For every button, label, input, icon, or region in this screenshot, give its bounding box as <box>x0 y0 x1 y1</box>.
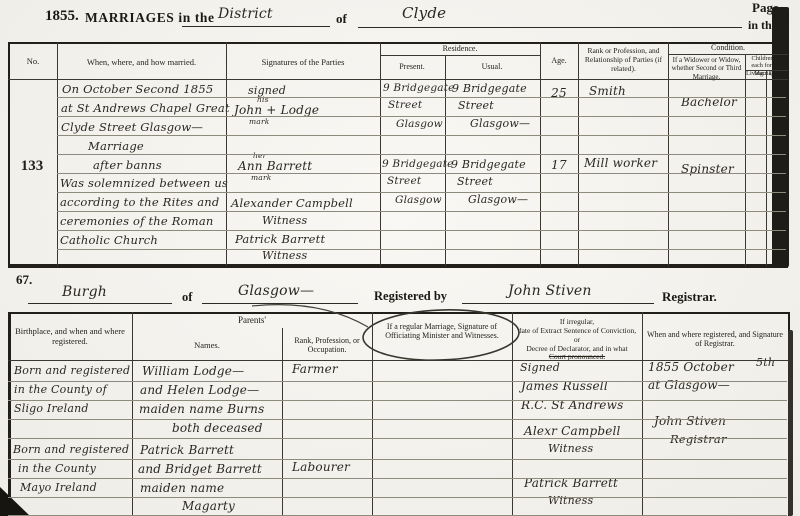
table-rule-line <box>380 55 540 56</box>
bride-birthplace-1: Born and registered <box>13 443 129 456</box>
bride-parents-3: maiden name <box>140 481 224 495</box>
registration-registrar-label: Registrar <box>670 432 727 446</box>
year-label: 1855. <box>45 8 79 25</box>
bottom-of-label: of <box>182 290 192 305</box>
groom-present-2: Street <box>388 99 422 111</box>
table-rule-line <box>57 230 786 231</box>
table-rule-line <box>57 173 786 174</box>
table-rule-line <box>8 478 787 479</box>
bride-usual-1: 9 Bridgegate <box>451 158 526 171</box>
table-rule-line <box>132 312 133 516</box>
table-rule-line <box>668 54 788 55</box>
witness1-label: Witness <box>262 214 307 227</box>
bride-parents-4: Magarty <box>182 499 235 513</box>
witness2-signature: Patrick Barrett <box>235 232 325 246</box>
table-rule-line <box>57 211 786 212</box>
col-header-parents: Parents' <box>132 315 372 326</box>
col-header-present: Present. <box>381 62 443 71</box>
groom-rank: Smith <box>589 84 626 98</box>
place-underline <box>202 287 358 304</box>
col-header-widower: If a Widower or Widow, whether Second or… <box>669 56 744 81</box>
scan-edge-shadow-top <box>772 7 789 267</box>
col-header-irregular-marriage: If irregular, date of Extract Sentence o… <box>515 318 639 362</box>
col-header-condition: Condition. <box>670 43 786 52</box>
irregular-line-2: date of Extract Sentence of Conviction, … <box>515 327 639 345</box>
of-label: of <box>336 11 347 27</box>
table-rule-line <box>57 192 786 193</box>
groom-parents-4: both deceased <box>172 421 263 435</box>
groom-parents-2: and Helen Lodge— <box>140 383 259 397</box>
table-rule-line <box>8 381 787 382</box>
officiant-witness2-label: Witness <box>548 494 593 507</box>
officiant-witness1-label: Witness <box>548 442 593 455</box>
marriage-register-scan: 1855. MARRIAGES in the District of Clyde… <box>0 0 800 516</box>
table-rule-line <box>282 328 283 516</box>
bride-mark-label: mark <box>251 173 272 182</box>
bride-birthplace-2: in the County <box>18 462 96 475</box>
registered-by-label: Registered by <box>374 289 447 304</box>
groom-birthplace-2: in the County of <box>14 383 107 396</box>
groom-parents-1: William Lodge— <box>142 364 244 378</box>
when-line-3: Clyde Street Glasgow— <box>61 120 203 134</box>
col-header-regular-marriage: If a regular Marriage, Signature of Offi… <box>378 322 506 341</box>
table-rule-line <box>57 135 786 136</box>
when-line-1: On October Second 1855 <box>62 82 213 96</box>
bride-birthplace-3: Mayo Ireland <box>20 481 97 494</box>
table-rule-line <box>8 360 788 361</box>
table-rule-line <box>745 70 788 71</box>
officiant-signed: Signed <box>520 361 560 374</box>
table-rule-line <box>766 70 767 266</box>
col-header-when-registered: When and where registered, and Signature… <box>646 330 784 349</box>
registration-registrar: John Stiven <box>654 414 726 428</box>
table-rule-line <box>8 438 787 439</box>
when-line-9: Catholic Church <box>60 233 158 247</box>
bride-usual-3: Glasgow— <box>468 193 528 206</box>
groom-mark-label: mark <box>249 117 270 126</box>
table-rule-line <box>8 497 787 498</box>
groom-signature: John + Lodge <box>234 103 319 117</box>
when-line-7: according to the Rites and <box>60 195 219 209</box>
district-name-underline <box>358 10 742 28</box>
col-header-parent-rank: Rank, Profession, or Occupation. <box>284 336 370 355</box>
col-header-when: When, where, and how married. <box>59 57 224 67</box>
col-header-names: Names. <box>134 340 280 350</box>
col-header-signatures: Signatures of the Parties <box>228 57 378 67</box>
entry-number: 133 <box>8 158 56 176</box>
bottom-section-number: 67. <box>16 272 32 288</box>
when-line-5: after banns <box>93 158 162 172</box>
bride-rank: Mill worker <box>584 156 657 170</box>
registration-date: 1855 October <box>648 360 734 374</box>
table-rule-line <box>745 54 746 266</box>
when-line-2: at St Andrews Chapel Great <box>61 101 230 115</box>
registration-day: 5th <box>756 356 775 369</box>
burgh-underline <box>28 287 172 304</box>
table-rule-line <box>372 312 373 516</box>
bride-present-1: 9 Bridgegate <box>382 158 454 170</box>
bride-present-2: Street <box>387 175 421 187</box>
col-header-rank: Rank or Profession, and Relationship of … <box>581 47 666 74</box>
groom-birthplace-3: Sligo Ireland <box>14 402 89 415</box>
table-rule-line <box>445 55 446 266</box>
bride-father-rank: Labourer <box>292 460 350 474</box>
col-header-usual: Usual. <box>446 62 538 71</box>
when-line-8: ceremonies of the Roman <box>60 214 214 228</box>
bride-signature: Ann Barrett <box>238 159 312 173</box>
groom-usual-3: Glasgow— <box>470 117 530 130</box>
table-rule-line <box>8 400 787 401</box>
bride-parents-2: and Bridget Barrett <box>138 462 262 476</box>
registrar-underline <box>462 287 654 304</box>
groom-present-3: Glasgow <box>396 118 443 130</box>
groom-usual-2: Street <box>458 99 494 112</box>
table-rule-line <box>57 97 786 98</box>
table-rule-line <box>8 459 787 460</box>
bride-age: 17 <box>540 158 578 172</box>
col-header-living: Living. <box>745 70 766 78</box>
bride-usual-2: Street <box>457 175 493 188</box>
table-rule-line <box>57 116 786 117</box>
col-header-residence: Residence. <box>382 44 538 53</box>
table-rule-line <box>57 249 786 250</box>
groom-age: 25 <box>540 86 578 100</box>
district-underline <box>182 10 330 27</box>
col-header-age: Age. <box>541 56 577 65</box>
table-rule-line <box>57 154 786 155</box>
table-rule-line <box>8 79 788 80</box>
table-rule-line <box>8 419 787 420</box>
officiant-witness1: Alexr Campbell <box>524 424 621 438</box>
when-line-6: Was solemnized between us <box>60 176 228 190</box>
registrar-label: Registrar. <box>662 289 717 305</box>
bride-parents-1: Patrick Barrett <box>140 443 234 457</box>
scan-edge-shadow-bottom <box>788 330 793 516</box>
groom-birthplace-1: Born and registered <box>14 364 130 377</box>
table-rule-line <box>642 312 643 516</box>
when-line-4: Marriage <box>88 139 144 153</box>
witness1-signature: Alexander Campbell <box>231 196 353 210</box>
bride-present-3: Glasgow <box>395 194 442 206</box>
col-header-birthplace: Birthplace, and when and where registere… <box>12 326 128 346</box>
groom-father-rank: Farmer <box>292 362 338 376</box>
table-rule-line <box>512 312 513 516</box>
witness2-label: Witness <box>262 249 307 262</box>
groom-usual-1: 9 Bridgegate <box>452 82 527 95</box>
groom-present-1: 9 Bridgegate <box>383 82 455 94</box>
groom-parents-3: maiden name Burns <box>139 402 264 416</box>
col-header-no: No. <box>10 56 56 66</box>
